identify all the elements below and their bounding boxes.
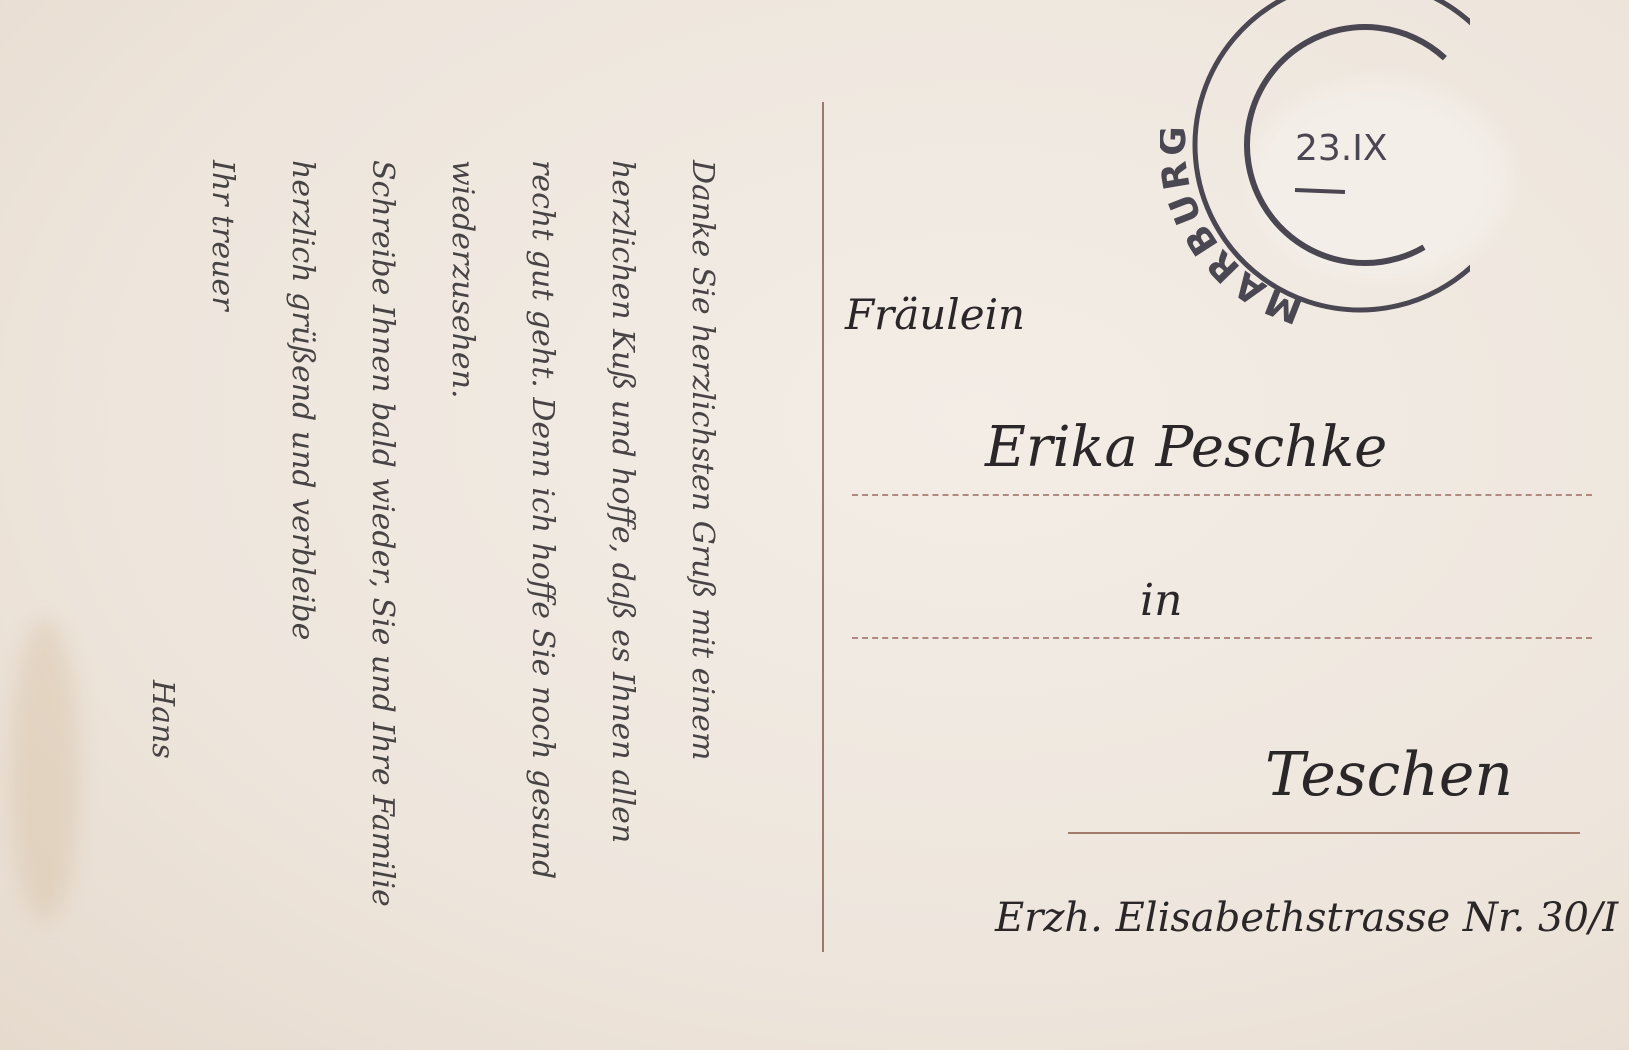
message-line: recht gut geht. Denn ich hoffe Sie noch …	[525, 160, 560, 879]
preposition: in	[1140, 575, 1182, 626]
message-line: herzlichen Kuß und hoffe, daß es Ihnen a…	[605, 160, 640, 843]
message-line: wiederzusehen.	[445, 160, 480, 399]
salutation: Fräulein	[845, 290, 1025, 339]
paper-stain	[10, 620, 80, 920]
postcard-back: Danke Sie herzlichsten Gruß mit einem he…	[0, 0, 1629, 1050]
message-line: herzlich grüßend und verbleibe	[285, 160, 320, 640]
svg-text:23.IX: 23.IX	[1295, 128, 1388, 169]
recipient-name: Erika Peschke	[985, 415, 1387, 480]
message-line: Danke Sie herzlichsten Gruß mit einem	[685, 160, 720, 760]
message-line: Ihr treuer	[205, 160, 240, 311]
center-divider	[822, 102, 824, 952]
address-rule	[852, 494, 1592, 496]
message-signature: Hans	[145, 680, 180, 759]
svg-text:MARBURG: MARBURG	[1160, 122, 1308, 331]
message-line: Schreibe Ihnen bald wieder, Sie und Ihre…	[365, 160, 400, 907]
message-area: Danke Sie herzlichsten Gruß mit einem he…	[120, 80, 800, 980]
address-rule	[1068, 832, 1580, 834]
address-rule	[852, 637, 1592, 639]
postmark-stamp: MARBURG 23.IX	[1160, 0, 1470, 340]
recipient-city: Teschen	[1265, 740, 1513, 810]
recipient-street: Erzh. Elisabethstrasse Nr. 30/I	[995, 895, 1618, 941]
